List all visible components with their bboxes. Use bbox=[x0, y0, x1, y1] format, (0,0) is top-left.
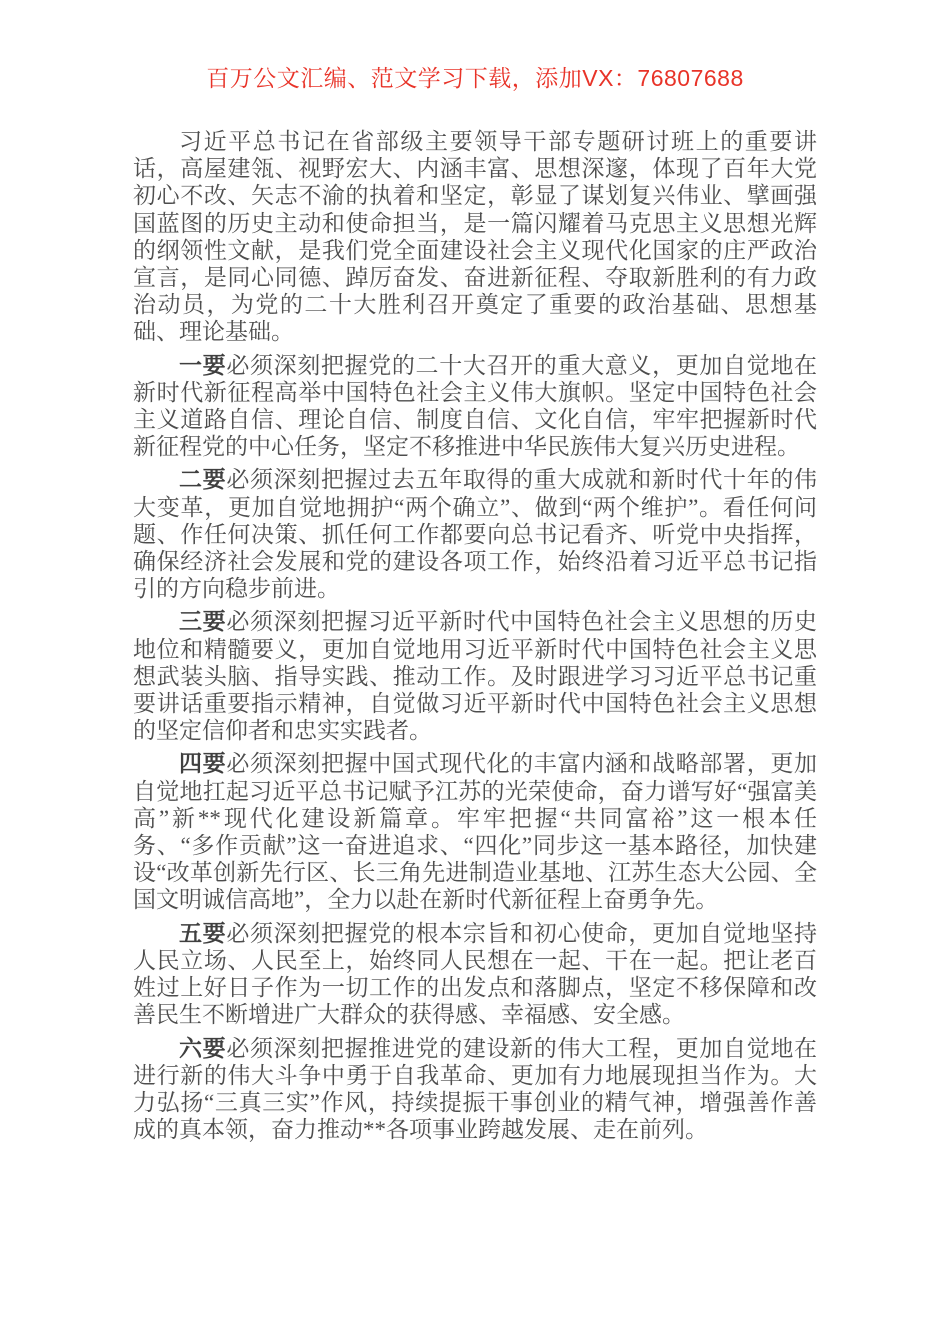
paragraph-point-5-lead: 五要 bbox=[179, 921, 226, 946]
paragraph-point-5-text: 必须深刻把握党的根本宗旨和初心使命，更加自觉地坚持人民立场、人民至上，始终同人民… bbox=[133, 921, 817, 1028]
paragraph-point-3-text: 必须深刻把握习近平新时代中国特色社会主义思想的历史地位和精髓要义，更加自觉地用习… bbox=[133, 609, 817, 743]
paragraph-point-2-lead: 二要 bbox=[179, 467, 226, 492]
paragraph-point-2: 二要必须深刻把握过去五年取得的重大成就和新时代十年的伟大变革，更加自觉地拥护“两… bbox=[133, 466, 817, 602]
paragraph-point-6: 六要必须深刻把握推进党的建设新的伟大工程，更加自觉地在进行新的伟大斗争中勇于自我… bbox=[133, 1035, 817, 1144]
paragraph-point-4-lead: 四要 bbox=[179, 751, 226, 776]
paragraph-point-3: 三要必须深刻把握习近平新时代中国特色社会主义思想的历史地位和精髓要义，更加自觉地… bbox=[133, 608, 817, 744]
paragraph-point-5: 五要必须深刻把握党的根本宗旨和初心使命，更加自觉地坚持人民立场、人民至上，始终同… bbox=[133, 920, 817, 1029]
paragraph-point-4: 四要必须深刻把握中国式现代化的丰富内涵和战略部署，更加自觉地扛起习近平总书记赋予… bbox=[133, 750, 817, 913]
paragraph-intro: 习近平总书记在省部级主要领导干部专题研讨班上的重要讲话，高屋建瓴、视野宏大、内涵… bbox=[133, 128, 817, 346]
paragraph-point-1-lead: 一要 bbox=[179, 353, 226, 378]
download-notice-banner: 百万公文汇编、范文学习下载，添加VX：76807688 bbox=[0, 66, 950, 90]
paragraph-point-3-lead: 三要 bbox=[179, 609, 226, 634]
paragraph-point-1-text: 必须深刻把握党的二十大召开的重大意义，更加自觉地在新时代新征程高举中国特色社会主… bbox=[133, 353, 817, 460]
paragraph-point-6-lead: 六要 bbox=[179, 1036, 226, 1061]
paragraph-intro-text: 习近平总书记在省部级主要领导干部专题研讨班上的重要讲话，高屋建瓴、视野宏大、内涵… bbox=[133, 129, 817, 344]
paragraph-point-2-text: 必须深刻把握过去五年取得的重大成就和新时代十年的伟大变革，更加自觉地拥护“两个确… bbox=[133, 467, 817, 601]
document-body: 习近平总书记在省部级主要领导干部专题研讨班上的重要讲话，高屋建瓴、视野宏大、内涵… bbox=[133, 128, 817, 1143]
paragraph-point-4-text: 必须深刻把握中国式现代化的丰富内涵和战略部署，更加自觉地扛起习近平总书记赋予江苏… bbox=[133, 751, 817, 912]
document-page: 百万公文汇编、范文学习下载，添加VX：76807688 习近平总书记在省部级主要… bbox=[0, 0, 950, 1344]
paragraph-point-1: 一要必须深刻把握党的二十大召开的重大意义，更加自觉地在新时代新征程高举中国特色社… bbox=[133, 352, 817, 461]
paragraph-point-6-text: 必须深刻把握推进党的建设新的伟大工程，更加自觉地在进行新的伟大斗争中勇于自我革命… bbox=[133, 1036, 817, 1143]
